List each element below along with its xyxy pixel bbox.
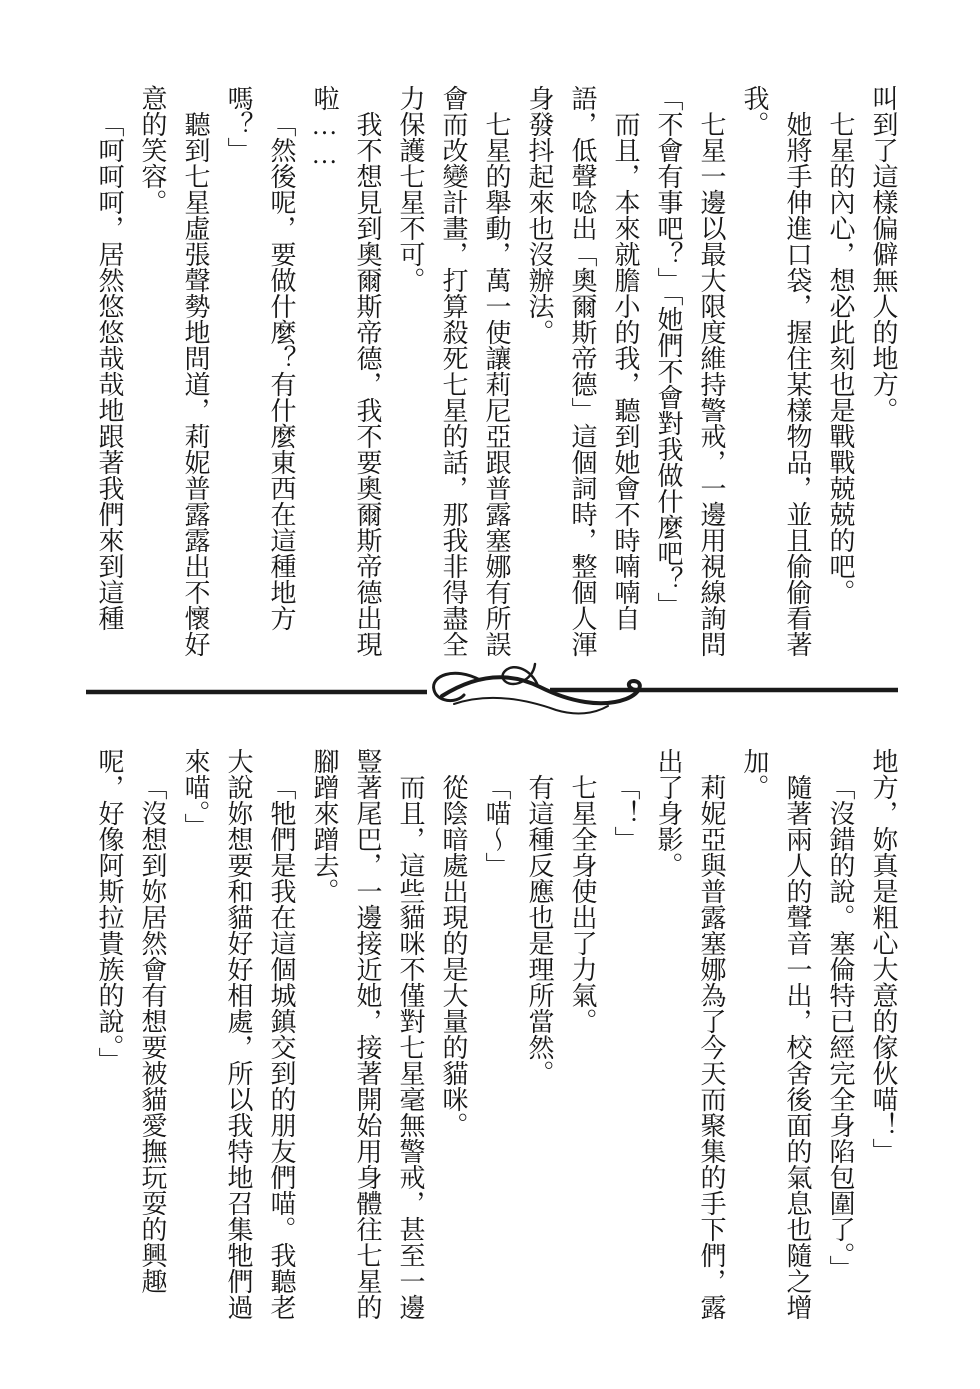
paragraph: 「沒錯的說。塞倫特已經完全身陷包圍了。」 bbox=[819, 748, 862, 1320]
paragraph: 七星的舉動，萬一使讓莉尼亞跟普露塞娜有所誤會而改變計畫，打算殺死七星的話，那我非… bbox=[389, 85, 518, 657]
calligraphic-swash-icon bbox=[82, 654, 902, 730]
paragraph: 「！」 bbox=[604, 748, 647, 1320]
paragraph: 「牠們是我在這個城鎮交到的朋友們喵。我聽老大說妳想要和貓好好相處，所以我特地召集… bbox=[174, 748, 303, 1320]
paragraph: 七星一邊以最大限度維持警戒，一邊用視線詢問「不會有事吧？」「她們不會對我做什麼吧… bbox=[647, 85, 733, 657]
paragraph: 聽到七星虛張聲勢地問道，莉妮普露露出不懷好意的笑容。 bbox=[131, 85, 217, 657]
text-block-bottom: 地方，妳真是粗心大意的傢伙喵！」 「沒錯的說。塞倫特已經完全身陷包圍了。」 隨著… bbox=[88, 748, 905, 1320]
paragraph: 「呵呵呵，居然悠悠哉哉地跟著我們來到這種 bbox=[88, 85, 131, 657]
novel-page: 叫到了這樣偏僻無人的地方。 七星的內心，想必此刻也是戰戰兢兢的吧。 她將手伸進口… bbox=[0, 0, 980, 1389]
paragraph: 莉妮亞與普露塞娜為了今天而聚集的手下們，露出了身影。 bbox=[647, 748, 733, 1320]
paragraph: 從陰暗處出現的是大量的貓咪。 bbox=[432, 748, 475, 1320]
paragraph: 隨著兩人的聲音一出，校舍後面的氣息也隨之增加。 bbox=[733, 748, 819, 1320]
section-divider bbox=[82, 654, 902, 730]
paragraph: 她將手伸進口袋，握住某樣物品，並且偷偷看著我。 bbox=[733, 85, 819, 657]
paragraph: 「然後呢，要做什麼？有什麼東西在這種地方嗎？」 bbox=[217, 85, 303, 657]
paragraph: 地方，妳真是粗心大意的傢伙喵！」 bbox=[862, 748, 905, 1320]
paragraph: 七星的內心，想必此刻也是戰戰兢兢的吧。 bbox=[819, 85, 862, 657]
paragraph: 我不想見到奧爾斯帝德，我不要奧爾斯帝德出現啦…… bbox=[303, 85, 389, 657]
paragraph: 「沒想到妳居然會有想要被貓愛撫玩耍的興趣呢，好像阿斯拉貴族的說。」 bbox=[88, 748, 174, 1320]
text-block-top: 叫到了這樣偏僻無人的地方。 七星的內心，想必此刻也是戰戰兢兢的吧。 她將手伸進口… bbox=[88, 85, 905, 657]
paragraph: 而且，這些貓咪不僅對七星毫無警戒，甚至一邊豎著尾巴，一邊接近她，接著開始用身體往… bbox=[303, 748, 432, 1320]
paragraph: 而且，本來就膽小的我，聽到她會不時喃喃自語，低聲唸出「奧爾斯帝德」這個詞時，整個… bbox=[518, 85, 647, 657]
paragraph: 「喵～」 bbox=[475, 748, 518, 1320]
paragraph: 七星全身使出了力氣。 bbox=[561, 748, 604, 1320]
paragraph: 有這種反應也是理所當然。 bbox=[518, 748, 561, 1320]
paragraph: 叫到了這樣偏僻無人的地方。 bbox=[862, 85, 905, 657]
